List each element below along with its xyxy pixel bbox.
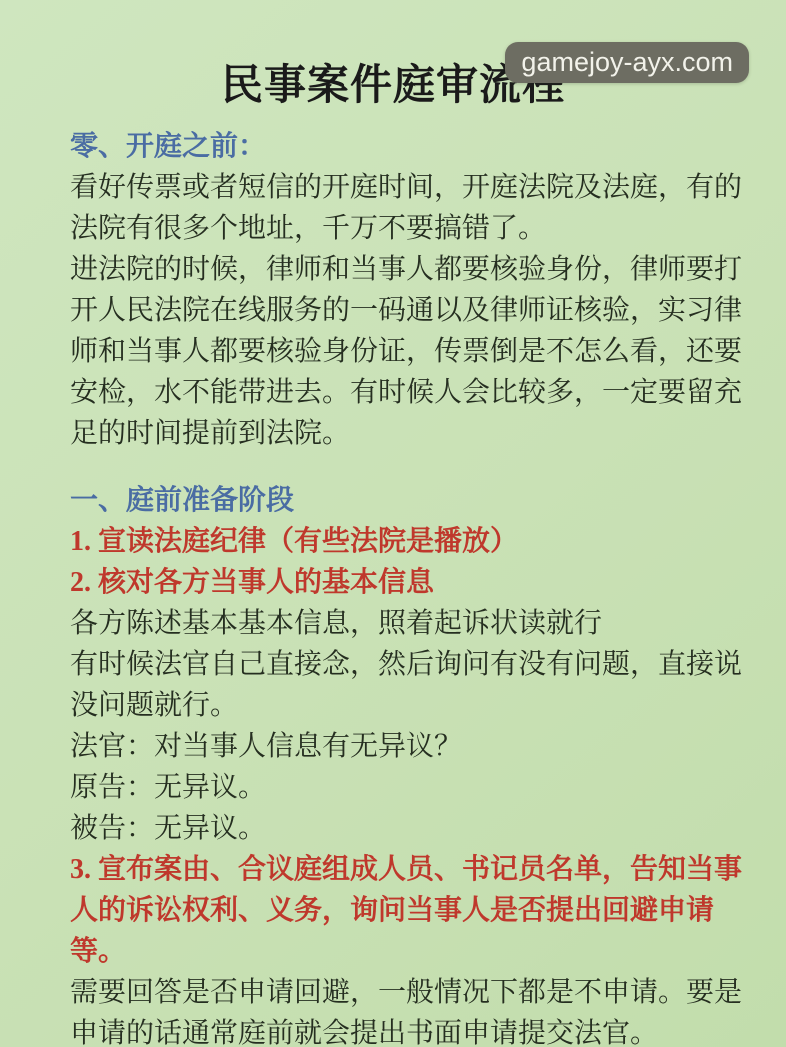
step-2-verify-party-info: 2. 核对各方当事人的基本信息 <box>70 562 748 603</box>
watermark-text: gamejoy-ayx.com <box>521 47 733 77</box>
note-parties-state-info: 各方陈述基本基本信息，照着起诉状读就行 <box>70 603 748 644</box>
section-heading-before-hearing: 零、开庭之前： <box>70 126 748 167</box>
dialog-judge-question: 法官：对当事人信息有无异议？ <box>70 726 748 767</box>
paragraph-identity-check: 进法院的时候，律师和当事人都要核验身份，律师要打 开人民法院在线服务的一码通以及… <box>70 249 748 454</box>
paragraph-summons-time: 看好传票或者短信的开庭时间，开庭法院及法庭，有的 法院有很多个地址，千万不要搞错… <box>70 167 748 249</box>
watermark-badge: gamejoy-ayx.com <box>505 42 749 83</box>
step-3-announce-case-and-recusal: 3. 宣布案由、合议庭组成人员、书记员名单，告知当事 人的诉讼权利、义务，询问当… <box>70 849 748 972</box>
note-recusal-application: 需要回答是否申请回避，一般情况下都是不申请。要是 申请的话通常庭前就会提出书面申… <box>70 972 748 1047</box>
note-judge-reads-directly: 有时候法官自己直接念，然后询问有没有问题，直接说 没问题就行。 <box>70 644 748 726</box>
step-1-court-discipline: 1. 宣读法庭纪律（有些法院是播放） <box>70 521 748 562</box>
dialog-defendant-answer: 被告：无异议。 <box>70 808 748 849</box>
document-body: 零、开庭之前： 看好传票或者短信的开庭时间，开庭法院及法庭，有的 法院有很多个地… <box>70 126 748 1047</box>
dialog-plaintiff-answer: 原告：无异议。 <box>70 767 748 808</box>
section-heading-pretrial-preparation: 一、庭前准备阶段 <box>70 480 748 521</box>
document-page: 民事案件庭审流程 gamejoy-ayx.com 零、开庭之前： 看好传票或者短… <box>0 0 786 1047</box>
